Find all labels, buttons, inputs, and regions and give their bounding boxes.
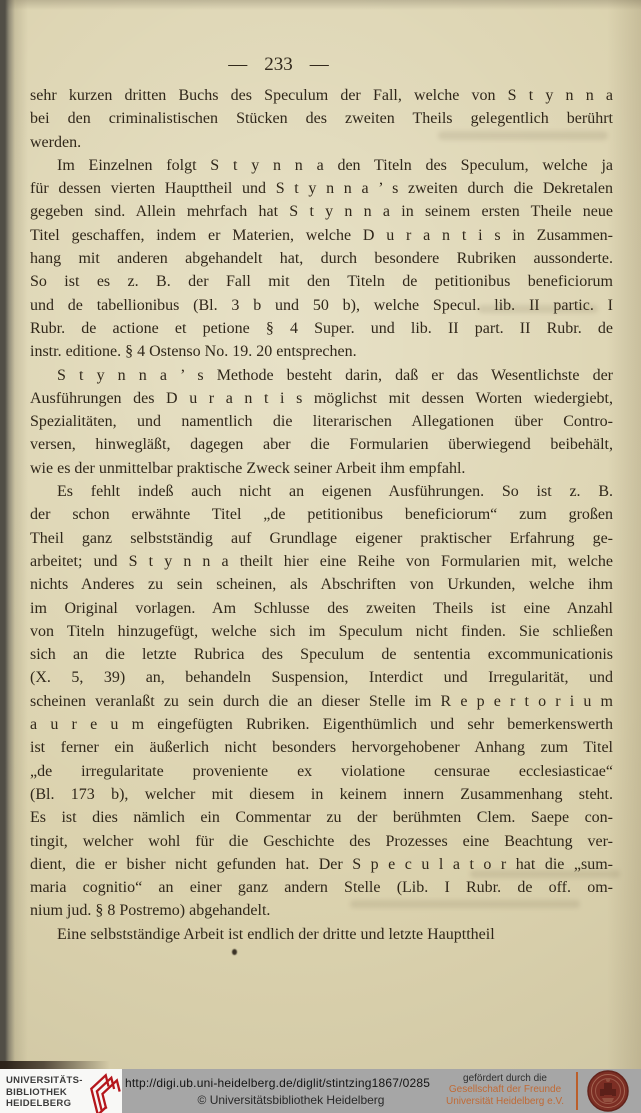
bleedthrough-artifact (478, 305, 598, 313)
text-line: sich an die letzte Rubrica des Speculum … (30, 643, 613, 666)
text-line: sehr kurzen dritten Buchs des Speculum d… (30, 84, 613, 107)
text-line: für dessen vierten Haupttheil und S t y … (30, 177, 613, 200)
text-line: Titel geschaffen, indem er Materien, wel… (30, 224, 613, 247)
university-seal-icon (587, 1070, 629, 1112)
viewer-footer: UNIVERSITÄTS- BIBLIOTHEK HEIDELBERG http… (0, 1069, 641, 1113)
paragraph-2: S t y n n a ’ s Methode besteht darin, d… (30, 364, 613, 480)
text-line: nichts Anderes zu sein scheinen, als Abs… (30, 573, 613, 596)
funding-note: gefördert durch die Gesellschaft der Fre… (435, 1073, 575, 1108)
page-number: 233 (264, 54, 293, 76)
text-line: von Titeln hinzugefügt, welche sich im S… (30, 620, 613, 643)
text-block: sehr kurzen dritten Buchs des Speculum d… (30, 84, 613, 946)
text-line: im Original vorlagen. Am Schlusse des zw… (30, 597, 613, 620)
text-line: Im Einzelnen folgt S t y n n a den Titel… (30, 154, 613, 177)
bleedthrough-artifact (438, 131, 608, 140)
text-line: tingit, welcher wohl für die Geschichte … (30, 830, 613, 853)
text-line: gegeben sind. Allein mehrfach hat S t y … (30, 200, 613, 223)
footer-divider (576, 1072, 578, 1110)
funding-line: gefördert durch die (435, 1073, 575, 1084)
paragraph-1: Im Einzelnen folgt S t y n n a den Titel… (30, 154, 613, 364)
url-block: http://digi.ub.uni-heidelberg.de/diglit/… (125, 1076, 457, 1107)
header-dash-left: — (228, 54, 247, 76)
text-line: (X. 5, 39) an, behandeln Suspension, Int… (30, 666, 613, 689)
funding-university-name: Universität Heidelberg e.V. (435, 1096, 575, 1108)
copyright-text: © Universitätsbibliothek Heidelberg (125, 1093, 457, 1107)
library-name-line3: HEIDELBERG (6, 1098, 83, 1110)
screenshot-root: — 233 — sehr kurzen dritten Buchs des Sp… (0, 0, 641, 1113)
text-line: Es fehlt indeß auch nicht an eigenen Aus… (30, 480, 613, 503)
funding-society-name: Gesellschaft der Freunde (435, 1084, 575, 1096)
text-line: Es ist dies nämlich ein Commentar zu der… (30, 806, 613, 829)
text-line: versen, hinwegläßt, dagegen aber die For… (30, 433, 613, 456)
text-line: Ausführungen des D u r a n t i s möglich… (30, 387, 613, 410)
paragraph-4: Eine selbstständige Arbeit ist endlich d… (30, 923, 613, 946)
text-line: Eine selbstständige Arbeit ist endlich d… (30, 923, 613, 946)
text-line: Theil ganz selbstständig auf Grundlage e… (30, 527, 613, 550)
text-line: instr. editione. § 4 Ostenso No. 19. 20 … (30, 340, 613, 363)
text-line: maria cognitio“ an einer ganz andern Ste… (30, 876, 613, 899)
page-url-link[interactable]: http://digi.ub.uni-heidelberg.de/diglit/… (125, 1076, 457, 1090)
page-edge-shadow (0, 1061, 110, 1069)
page-number-header: — 233 — (30, 54, 527, 76)
text-line: der schon erwähnte Titel „de petitionibu… (30, 503, 613, 526)
text-line: a u r e u m eingefügten Rubriken. Eigent… (30, 713, 613, 736)
text-line: hang mit anderen abgehandelt hat, durch … (30, 247, 613, 270)
text-line: So ist es z. B. der Fall mit den Titeln … (30, 270, 613, 293)
ub-heidelberg-logo-icon (80, 1069, 124, 1113)
text-line: arbeitet; und S t y n n a theilt hier ei… (30, 550, 613, 573)
text-line: „de irregularitate proveniente ex violat… (30, 760, 613, 783)
ink-spot (232, 949, 237, 955)
text-line: bei den criminalistischen Stücken des zw… (30, 107, 613, 130)
text-line: Spezialitäten, und namentlich die litera… (30, 410, 613, 433)
library-name-line1: UNIVERSITÄTS- (6, 1075, 83, 1087)
paragraph-0: sehr kurzen dritten Buchs des Speculum d… (30, 84, 613, 154)
bleedthrough-artifact (470, 870, 620, 878)
library-name-line2: BIBLIOTHEK (6, 1087, 83, 1099)
header-dash-right: — (310, 54, 329, 76)
text-line: S t y n n a ’ s Methode besteht darin, d… (30, 364, 613, 387)
library-brand: UNIVERSITÄTS- BIBLIOTHEK HEIDELBERG (0, 1069, 122, 1113)
library-name: UNIVERSITÄTS- BIBLIOTHEK HEIDELBERG (6, 1075, 83, 1110)
text-line: (Bl. 173 b), welcher mit diesem in keine… (30, 783, 613, 806)
text-line: Rubr. de actione et petione § 4 Super. u… (30, 317, 613, 340)
text-line: wie es der unmittelbar praktische Zweck … (30, 457, 613, 480)
text-line: scheinen veranlaßt zu sein durch die an … (30, 690, 613, 713)
book-page-scan: — 233 — sehr kurzen dritten Buchs des Sp… (0, 0, 641, 1069)
text-line: ist ferner ein äußerlich nicht besonders… (30, 736, 613, 759)
paragraph-3: Es fehlt indeß auch nicht an eigenen Aus… (30, 480, 613, 923)
bleedthrough-artifact (350, 900, 580, 908)
